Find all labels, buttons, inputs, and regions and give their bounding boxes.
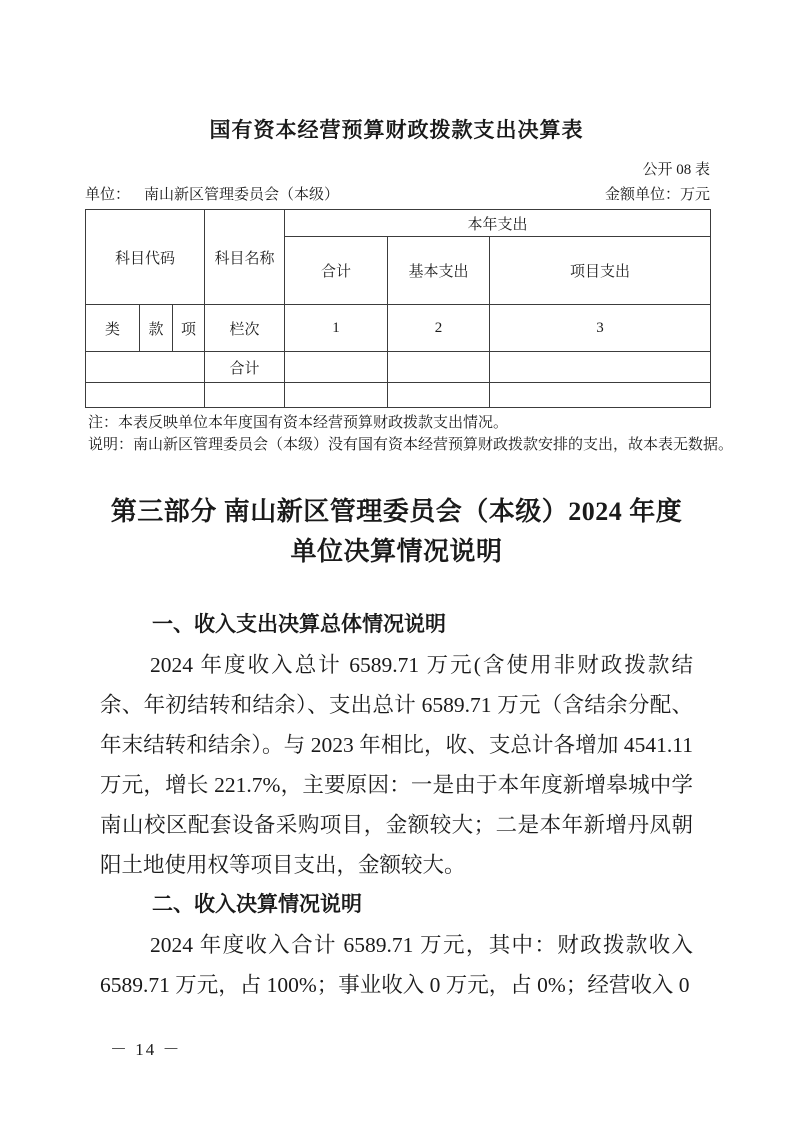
part-three-title-line1: 第三部分 南山新区管理委员会（本级）2024 年度 [0,492,793,532]
row-empty-code [86,383,205,408]
table-row: 合计 [86,352,711,383]
unit-value: 南山新区管理委员会（本级） [144,187,339,203]
amount-unit-label: 金额单位：万元 [605,183,710,204]
document-page: 国有资本经营预算财政拨款支出决算表 公开 08 表 单位：南山新区管理委员会（本… [0,0,793,1122]
table-note: 注：本表反映单位本年度国有资本经营预算财政拨款支出情况。 [88,412,748,434]
section-1-paragraph: 2024 年度收入总计 6589.71 万元(含使用非财政拨款结余、年初结转和结… [100,645,693,885]
row-empty-total [285,383,388,408]
part-three-body: 一、收入支出决算总体情况说明 2024 年度收入总计 6589.71 万元(含使… [100,605,693,1005]
header-column-label: 栏次 [205,305,285,352]
row-total-total [285,352,388,383]
header-basic-expenditure: 基本支出 [388,237,490,305]
page-number: － 14 － [110,1035,182,1060]
header-total: 合计 [285,237,388,305]
table-title: 国有资本经营预算财政拨款支出决算表 [0,114,793,144]
header-item: 项 [173,305,205,352]
row-total-code [86,352,205,383]
section-2-paragraph: 2024 年度收入合计 6589.71 万元，其中：财政拨款收入 6589.71… [100,925,693,1005]
part-three-title: 第三部分 南山新区管理委员会（本级）2024 年度 单位决算情况说明 [0,492,793,572]
header-class: 类 [86,305,140,352]
header-project-expenditure: 项目支出 [490,237,711,305]
table-row: 类 款 项 栏次 1 2 3 [86,305,711,352]
part-three-title-line2: 单位决算情况说明 [0,532,793,572]
unit-label: 单位： [85,187,130,203]
expenditure-table: 科目代码 科目名称 本年支出 合计 基本支出 项目支出 类 款 项 栏次 1 2… [85,209,711,408]
header-current-year-expenditure: 本年支出 [285,210,711,237]
table-row: 科目代码 科目名称 本年支出 [86,210,711,237]
header-col-number-3: 3 [490,305,711,352]
section-2-heading: 二、收入决算情况说明 [100,885,693,925]
row-total-project [490,352,711,383]
table-explanation: 说明：南山新区管理委员会（本级）没有国有资本经营预算财政拨款安排的支出，故本表无… [88,434,748,456]
header-section: 款 [140,305,173,352]
section-1-heading: 一、收入支出决算总体情况说明 [100,605,693,645]
row-total-basic [388,352,490,383]
header-subject-name: 科目名称 [205,210,285,305]
form-number-label: 公开 08 表 [85,158,710,179]
unit-info: 单位：南山新区管理委员会（本级） [85,183,339,204]
row-empty-basic [388,383,490,408]
row-total-name: 合计 [205,352,285,383]
header-subject-code: 科目代码 [86,210,205,305]
header-col-number-2: 2 [388,305,490,352]
table-row [86,383,711,408]
table-notes: 注：本表反映单位本年度国有资本经营预算财政拨款支出情况。 说明：南山新区管理委员… [88,412,748,456]
row-empty-name [205,383,285,408]
row-empty-project [490,383,711,408]
table-info-row: 单位：南山新区管理委员会（本级） 金额单位：万元 [85,183,710,204]
header-col-number-1: 1 [285,305,388,352]
